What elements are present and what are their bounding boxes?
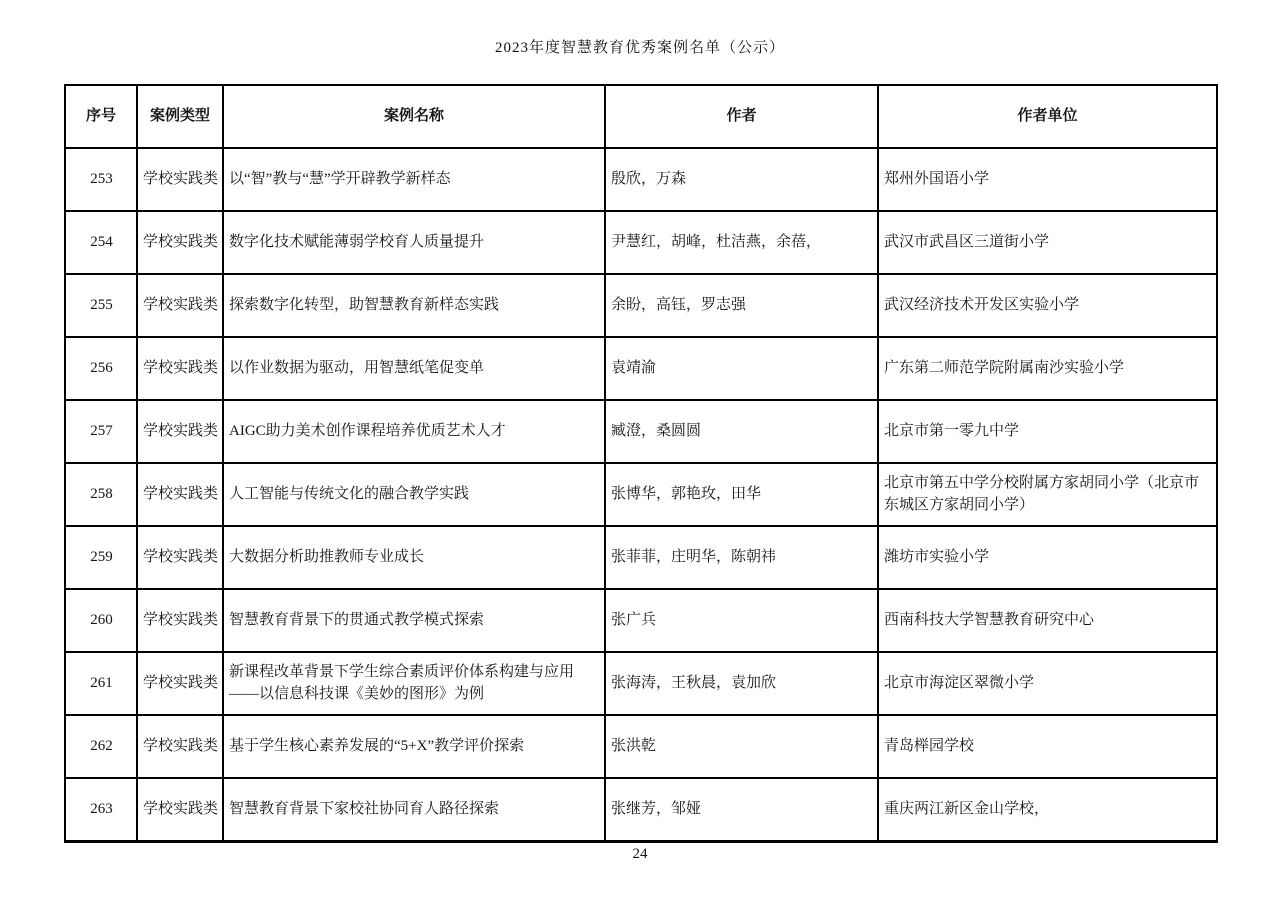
- cell-author-unit: 青岛榉园学校: [878, 715, 1217, 778]
- cell-serial-number: 262: [65, 715, 137, 778]
- cell-serial-number: 258: [65, 463, 137, 526]
- cell-authors: 余盼，高钰，罗志强: [605, 274, 878, 337]
- cell-author-unit: 潍坊市实验小学: [878, 526, 1217, 589]
- table-row: 260学校实践类智慧教育背景下的贯通式教学模式探索张广兵西南科技大学智慧教育研究…: [65, 589, 1217, 652]
- cell-serial-number: 254: [65, 211, 137, 274]
- cases-table: 序号 案例类型 案例名称 作者 作者单位 253学校实践类以“智”教与“慧”学开…: [64, 84, 1218, 843]
- page-number: 24: [0, 846, 1280, 863]
- column-header-no: 序号: [65, 85, 137, 148]
- cell-case-name: 人工智能与传统文化的融合教学实践: [223, 463, 605, 526]
- table-row: 253学校实践类以“智”教与“慧”学开辟教学新样态殷欣，万森郑州外国语小学: [65, 148, 1217, 211]
- cell-authors: 张博华，郭艳玫，田华: [605, 463, 878, 526]
- column-header-name: 案例名称: [223, 85, 605, 148]
- page-title: 2023年度智慧教育优秀案例名单（公示）: [0, 36, 1280, 57]
- cell-author-unit: 北京市海淀区翠微小学: [878, 652, 1217, 715]
- cell-serial-number: 257: [65, 400, 137, 463]
- cell-authors: 张继芳，邹娅: [605, 778, 878, 842]
- cell-case-name: 大数据分析助推教师专业成长: [223, 526, 605, 589]
- cell-author-unit: 西南科技大学智慧教育研究中心: [878, 589, 1217, 652]
- cell-case-type: 学校实践类: [137, 463, 223, 526]
- cell-case-name: 智慧教育背景下家校社协同育人路径探索: [223, 778, 605, 842]
- cell-case-name: 探索数字化转型，助智慧教育新样态实践: [223, 274, 605, 337]
- cell-case-name: 新课程改革背景下学生综合素质评价体系构建与应用——以信息科技课《美妙的图形》为例: [223, 652, 605, 715]
- cell-case-type: 学校实践类: [137, 337, 223, 400]
- cell-authors: 张菲菲，庄明华，陈朝祎: [605, 526, 878, 589]
- cell-case-type: 学校实践类: [137, 652, 223, 715]
- cell-author-unit: 北京市第一零九中学: [878, 400, 1217, 463]
- cell-author-unit: 武汉经济技术开发区实验小学: [878, 274, 1217, 337]
- cell-authors: 殷欣，万森: [605, 148, 878, 211]
- cell-case-name: 智慧教育背景下的贯通式教学模式探索: [223, 589, 605, 652]
- cell-case-type: 学校实践类: [137, 778, 223, 842]
- cell-case-type: 学校实践类: [137, 148, 223, 211]
- cell-case-type: 学校实践类: [137, 526, 223, 589]
- cell-case-name: 以作业数据为驱动，用智慧纸笔促变单: [223, 337, 605, 400]
- table-row: 256学校实践类以作业数据为驱动，用智慧纸笔促变单袁靖渝广东第二师范学院附属南沙…: [65, 337, 1217, 400]
- table-row: 254学校实践类数字化技术赋能薄弱学校育人质量提升尹慧红，胡峰，杜洁燕，余蓓，武…: [65, 211, 1217, 274]
- table-header-row: 序号 案例类型 案例名称 作者 作者单位: [65, 85, 1217, 148]
- column-header-unit: 作者单位: [878, 85, 1217, 148]
- column-header-type: 案例类型: [137, 85, 223, 148]
- cell-case-name: 数字化技术赋能薄弱学校育人质量提升: [223, 211, 605, 274]
- cell-case-type: 学校实践类: [137, 400, 223, 463]
- cell-authors: 尹慧红，胡峰，杜洁燕，余蓓，: [605, 211, 878, 274]
- cell-case-name: AIGC助力美术创作课程培养优质艺术人才: [223, 400, 605, 463]
- cell-serial-number: 255: [65, 274, 137, 337]
- cell-serial-number: 260: [65, 589, 137, 652]
- table-row: 259学校实践类大数据分析助推教师专业成长张菲菲，庄明华，陈朝祎潍坊市实验小学: [65, 526, 1217, 589]
- cell-author-unit: 重庆两江新区金山学校，: [878, 778, 1217, 842]
- cell-case-type: 学校实践类: [137, 274, 223, 337]
- cell-authors: 袁靖渝: [605, 337, 878, 400]
- cell-serial-number: 263: [65, 778, 137, 842]
- cell-serial-number: 253: [65, 148, 137, 211]
- cell-author-unit: 北京市第五中学分校附属方家胡同小学（北京市东城区方家胡同小学）: [878, 463, 1217, 526]
- cell-author-unit: 广东第二师范学院附属南沙实验小学: [878, 337, 1217, 400]
- table-row: 263学校实践类智慧教育背景下家校社协同育人路径探索张继芳，邹娅重庆两江新区金山…: [65, 778, 1217, 842]
- cell-author-unit: 武汉市武昌区三道街小学: [878, 211, 1217, 274]
- table-row: 261学校实践类新课程改革背景下学生综合素质评价体系构建与应用——以信息科技课《…: [65, 652, 1217, 715]
- cell-case-type: 学校实践类: [137, 589, 223, 652]
- cell-case-name: 基于学生核心素养发展的“5+X”教学评价探索: [223, 715, 605, 778]
- table-row: 255学校实践类探索数字化转型，助智慧教育新样态实践余盼，高钰，罗志强武汉经济技…: [65, 274, 1217, 337]
- column-header-authors: 作者: [605, 85, 878, 148]
- cell-case-type: 学校实践类: [137, 715, 223, 778]
- cell-authors: 张海涛，王秋晨，袁加欣: [605, 652, 878, 715]
- cell-authors: 张广兵: [605, 589, 878, 652]
- cell-authors: 臧澄，桑圆圆: [605, 400, 878, 463]
- cell-serial-number: 261: [65, 652, 137, 715]
- cell-authors: 张洪乾: [605, 715, 878, 778]
- table-row: 257学校实践类AIGC助力美术创作课程培养优质艺术人才臧澄，桑圆圆北京市第一零…: [65, 400, 1217, 463]
- table-row: 262学校实践类基于学生核心素养发展的“5+X”教学评价探索张洪乾青岛榉园学校: [65, 715, 1217, 778]
- cell-case-name: 以“智”教与“慧”学开辟教学新样态: [223, 148, 605, 211]
- table-row: 258学校实践类人工智能与传统文化的融合教学实践张博华，郭艳玫，田华北京市第五中…: [65, 463, 1217, 526]
- cell-serial-number: 256: [65, 337, 137, 400]
- cell-author-unit: 郑州外国语小学: [878, 148, 1217, 211]
- cell-serial-number: 259: [65, 526, 137, 589]
- cell-case-type: 学校实践类: [137, 211, 223, 274]
